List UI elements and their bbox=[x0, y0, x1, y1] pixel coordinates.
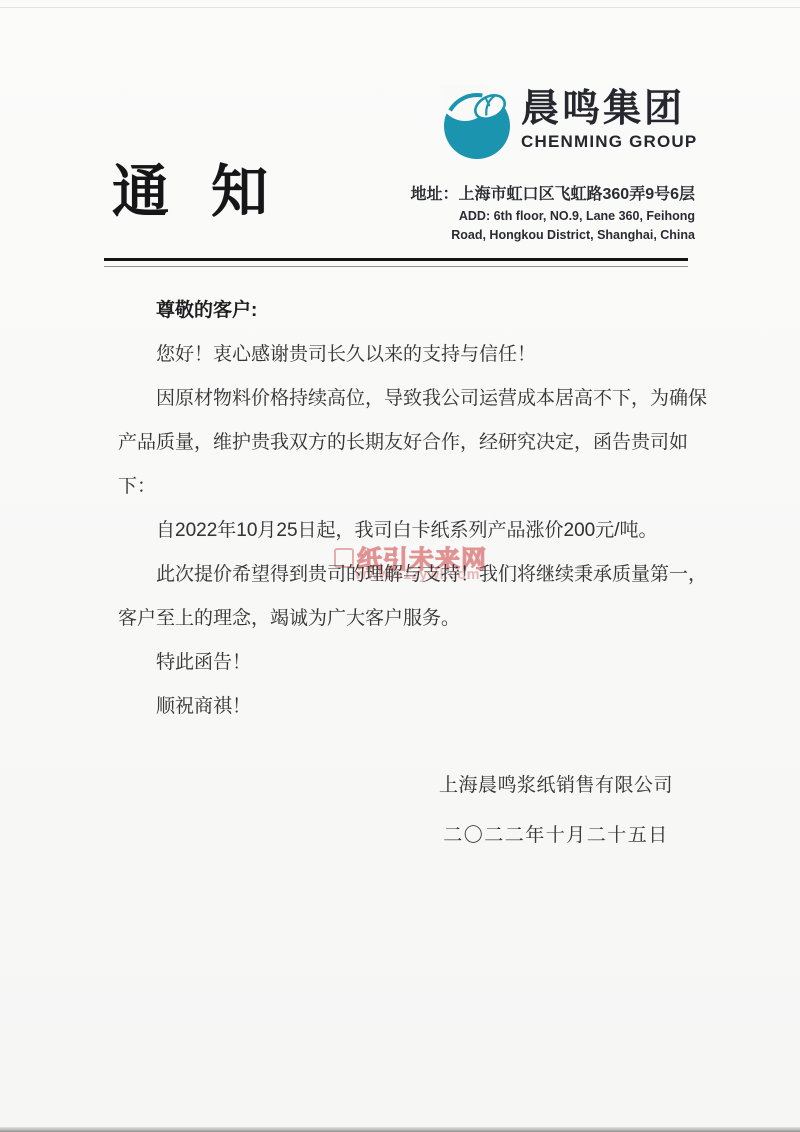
brand-name-en: CHENMING GROUP bbox=[521, 132, 697, 152]
paragraph-price-change: 自2022年10月25日起，我司白卡纸系列产品涨价200元/吨。 bbox=[118, 509, 708, 553]
paragraph-appreciation: 此次提价希望得到贵司的理解与支持！我们将继续秉承质量第一，客户至上的理念，竭诚为… bbox=[118, 553, 708, 641]
notice-document-page: 通知 晨鸣集团 CHENMING GROUP 地址：上海市虹口区飞虹路360弄9… bbox=[0, 0, 800, 1132]
paragraph-reason: 因原材物料价格持续高位，导致我公司运营成本居高不下，为确保产品质量，维护贵我双方… bbox=[118, 377, 708, 509]
signature-company: 上海晨鸣浆纸销售有限公司 bbox=[400, 775, 712, 797]
separator-rule-thin bbox=[104, 266, 688, 267]
signature-date: 二〇二二年十月二十五日 bbox=[400, 825, 712, 847]
document-title: 通知 bbox=[112, 146, 310, 228]
signature-block: 上海晨鸣浆纸销售有限公司 二〇二二年十月二十五日 bbox=[400, 775, 712, 847]
paragraph-greeting: 您好！衷心感谢贵司长久以来的支持与信任！ bbox=[118, 333, 708, 377]
page-bottom-edge bbox=[0, 1127, 800, 1132]
company-address: 地址：上海市虹口区飞虹路360弄9号6层 ADD: 6th floor, NO.… bbox=[360, 183, 695, 245]
letter-body: 尊敬的客户: 您好！衷心感谢贵司长久以来的支持与信任！ 因原材物料价格持续高位，… bbox=[118, 289, 708, 729]
logo-text: 晨鸣集团 CHENMING GROUP bbox=[521, 86, 697, 152]
chenming-swoosh-icon bbox=[441, 86, 513, 160]
separator-rule-thick bbox=[104, 258, 688, 261]
address-line-en2: Road, Hongkou District, Shanghai, China bbox=[360, 226, 695, 245]
paragraph-regards: 顺祝商祺！ bbox=[118, 685, 708, 729]
salutation: 尊敬的客户: bbox=[118, 289, 708, 333]
address-line-cn: 地址：上海市虹口区飞虹路360弄9号6层 bbox=[360, 183, 695, 207]
address-line-en1: ADD: 6th floor, NO.9, Lane 360, Feihong bbox=[360, 207, 695, 226]
brand-name-cn: 晨鸣集团 bbox=[521, 89, 697, 131]
scan-artifact-line bbox=[0, 7, 800, 8]
company-logo: 晨鸣集团 CHENMING GROUP bbox=[441, 86, 697, 160]
paragraph-hereby: 特此函告！ bbox=[118, 641, 708, 685]
